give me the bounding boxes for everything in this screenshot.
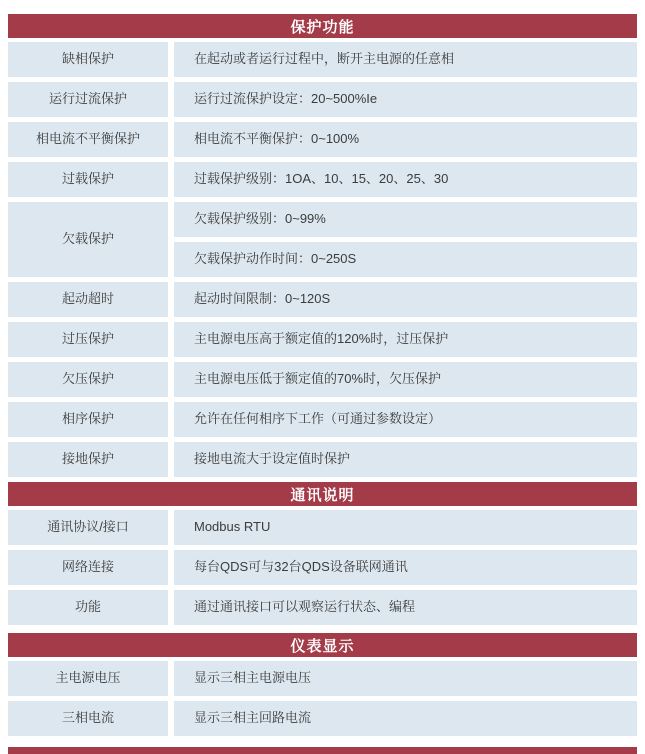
row-value: 过载保护级别：1OA、10、15、20、25、30 bbox=[174, 162, 637, 197]
section-title: 通讯说明 bbox=[8, 482, 637, 506]
table-row: 过压保护主电源电压高于额定值的120%时，过压保护 bbox=[8, 322, 637, 357]
spec-sheet-page: 保护功能缺相保护在起动或者运行过程中，断开主电源的任意相运行过流保护运行过流保护… bbox=[0, 0, 645, 754]
row-label: 接地保护 bbox=[8, 442, 168, 477]
row-value-group: 欠载保护级别：0~99%欠载保护动作时间：0~250S bbox=[174, 202, 637, 277]
row-label: 通讯协议/接口 bbox=[8, 510, 168, 545]
row-value: 欠载保护动作时间：0~250S bbox=[174, 242, 637, 277]
next-section-header-cutoff bbox=[8, 747, 637, 754]
table-row: 起动超时起动时间限制：0~120S bbox=[8, 282, 637, 317]
row-value: 运行过流保护设定：20~500%Ie bbox=[174, 82, 637, 117]
table-row: 接地保护接地电流大于设定值时保护 bbox=[8, 442, 637, 477]
section-title: 仪表显示 bbox=[8, 633, 637, 657]
row-label: 网络连接 bbox=[8, 550, 168, 585]
row-label: 相序保护 bbox=[8, 402, 168, 437]
section-2: 通讯说明通讯协议/接口Modbus RTU网络连接每台QDS可与32台QDS设备… bbox=[8, 482, 637, 625]
row-value: 允许在任何相序下工作（可通过参数设定） bbox=[174, 402, 637, 437]
section-1: 保护功能缺相保护在起动或者运行过程中，断开主电源的任意相运行过流保护运行过流保护… bbox=[8, 14, 637, 477]
row-label: 欠载保护 bbox=[8, 202, 168, 277]
row-value: 主电源电压高于额定值的120%时，过压保护 bbox=[174, 322, 637, 357]
table-row: 欠载保护欠载保护级别：0~99%欠载保护动作时间：0~250S bbox=[8, 202, 637, 277]
section-title: 保护功能 bbox=[8, 14, 637, 38]
row-value: 在起动或者运行过程中，断开主电源的任意相 bbox=[174, 42, 637, 77]
table-row: 相序保护允许在任何相序下工作（可通过参数设定） bbox=[8, 402, 637, 437]
row-label: 运行过流保护 bbox=[8, 82, 168, 117]
row-label: 缺相保护 bbox=[8, 42, 168, 77]
row-value: 每台QDS可与32台QDS设备联网通讯 bbox=[174, 550, 637, 585]
row-value: 通过通讯接口可以观察运行状态、编程 bbox=[174, 590, 637, 625]
table-row: 缺相保护在起动或者运行过程中，断开主电源的任意相 bbox=[8, 42, 637, 77]
row-label: 三相电流 bbox=[8, 701, 168, 736]
table-row: 网络连接每台QDS可与32台QDS设备联网通讯 bbox=[8, 550, 637, 585]
row-value: 相电流不平衡保护：0~100% bbox=[174, 122, 637, 157]
table-row: 过载保护过载保护级别：1OA、10、15、20、25、30 bbox=[8, 162, 637, 197]
row-label: 功能 bbox=[8, 590, 168, 625]
row-label: 欠压保护 bbox=[8, 362, 168, 397]
row-value: 显示三相主回路电流 bbox=[174, 701, 637, 736]
table-row: 通讯协议/接口Modbus RTU bbox=[8, 510, 637, 545]
spec-table: 保护功能缺相保护在起动或者运行过程中，断开主电源的任意相运行过流保护运行过流保护… bbox=[8, 14, 637, 736]
row-label: 过载保护 bbox=[8, 162, 168, 197]
row-label: 起动超时 bbox=[8, 282, 168, 317]
row-value: 显示三相主电源电压 bbox=[174, 661, 637, 696]
table-row: 欠压保护主电源电压低于额定值的70%时，欠压保护 bbox=[8, 362, 637, 397]
row-value: Modbus RTU bbox=[174, 510, 637, 545]
table-row: 功能通过通讯接口可以观察运行状态、编程 bbox=[8, 590, 637, 625]
row-value: 主电源电压低于额定值的70%时，欠压保护 bbox=[174, 362, 637, 397]
row-value: 接地电流大于设定值时保护 bbox=[174, 442, 637, 477]
row-label: 主电源电压 bbox=[8, 661, 168, 696]
table-row: 主电源电压显示三相主电源电压 bbox=[8, 661, 637, 696]
table-row: 三相电流显示三相主回路电流 bbox=[8, 701, 637, 736]
section-3: 仪表显示主电源电压显示三相主电源电压三相电流显示三相主回路电流 bbox=[8, 633, 637, 736]
row-value: 起动时间限制：0~120S bbox=[174, 282, 637, 317]
table-row: 相电流不平衡保护相电流不平衡保护：0~100% bbox=[8, 122, 637, 157]
row-label: 过压保护 bbox=[8, 322, 168, 357]
row-value: 欠载保护级别：0~99% bbox=[174, 202, 637, 237]
row-label: 相电流不平衡保护 bbox=[8, 122, 168, 157]
table-row: 运行过流保护运行过流保护设定：20~500%Ie bbox=[8, 82, 637, 117]
